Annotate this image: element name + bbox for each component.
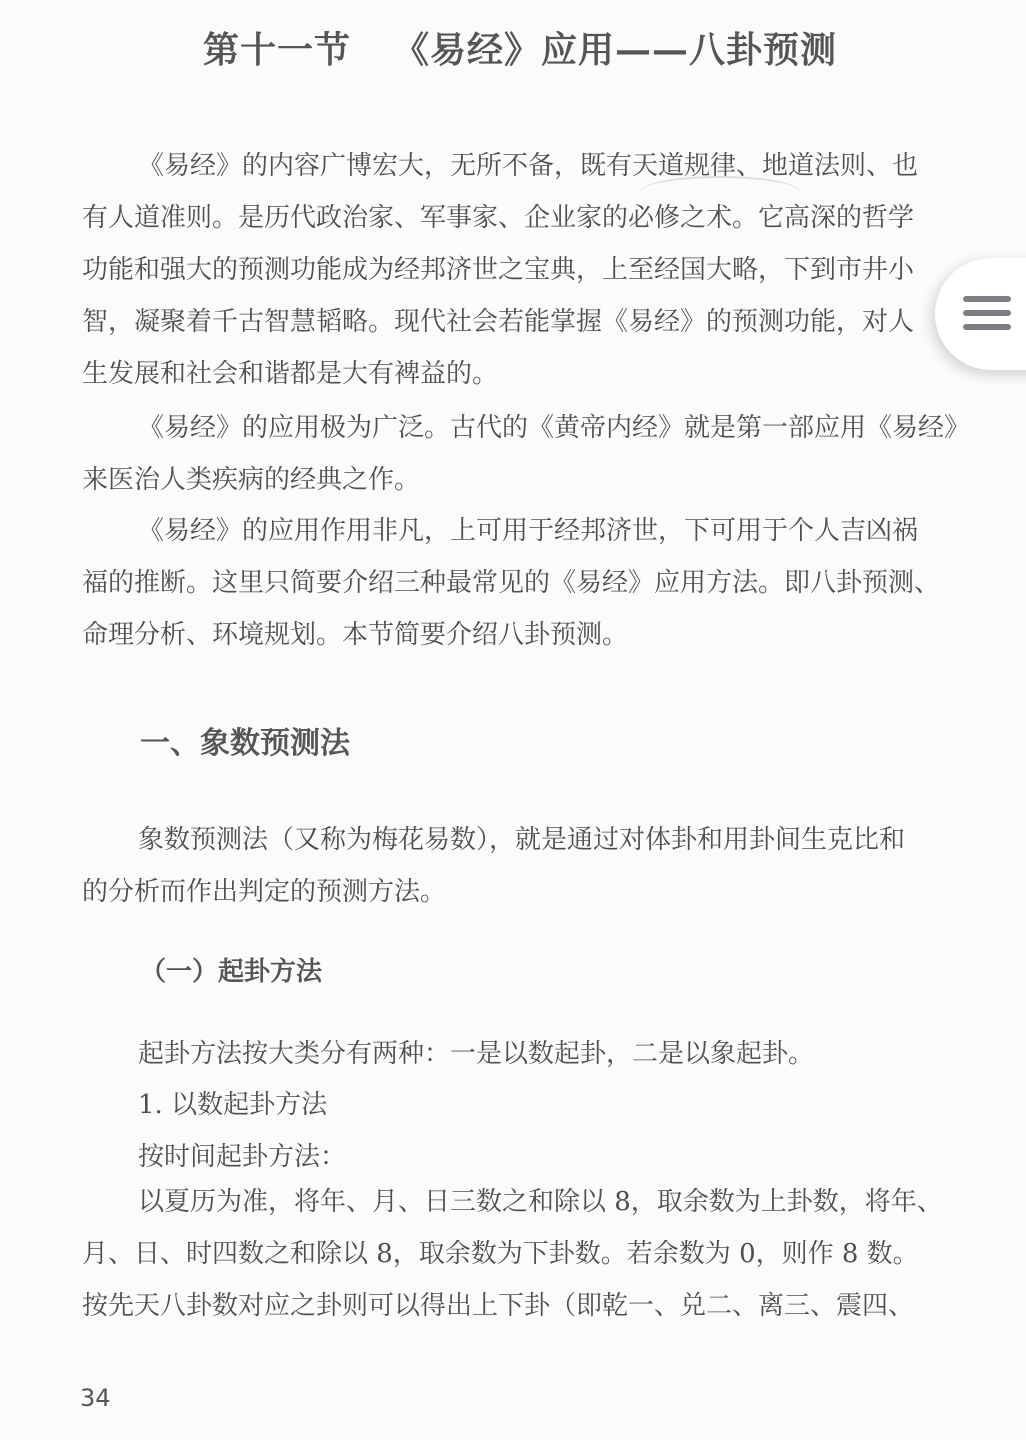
paragraph-6: 以夏历为准，将年、月、日三数之和除以 8，取余数为上卦数，将年、 月、日、时四数… xyxy=(82,1176,962,1332)
paragraph-line: 来医治人类疾病的经典之作。 xyxy=(82,454,962,506)
paragraph-line: 按先天八卦数对应之卦则可以得出上下卦（即乾一、兑二、离三、震四、 xyxy=(82,1280,962,1332)
paragraph-line: 有人道准则。是历代政治家、军事家、企业家的必修之术。它高深的哲学 xyxy=(82,192,962,244)
paragraph-line: 《易经》的应用作用非凡，上可用于经邦济世，下可用于个人吉凶祸 xyxy=(138,516,918,546)
list-item-heading: 1. 以数起卦方法 xyxy=(138,1084,327,1121)
paragraph-5: 起卦方法按大类分有两种：一是以数起卦，二是以象起卦。 xyxy=(138,1033,814,1070)
section-title: 第十一节《易经》应用——八卦预测 xyxy=(0,22,1026,73)
paragraph-line: 命理分析、环境规划。本节简要介绍八卦预测。 xyxy=(82,609,962,661)
paragraph-line: 月、日、时四数之和除以 8，取余数为下卦数。若余数为 0，则作 8 数。 xyxy=(82,1228,962,1280)
paragraph-4: 象数预测法（又称为梅花易数），就是通过对体卦和用卦间生克比和 的分析而作出判定的… xyxy=(82,814,962,918)
paragraph-line: 智，凝聚着千古智慧韬略。现代社会若能掌握《易经》的预测功能，对人 xyxy=(82,296,962,348)
paragraph-line: 象数预测法（又称为梅花易数），就是通过对体卦和用卦间生克比和 xyxy=(138,825,905,855)
section-heading: 一、象数预测法 xyxy=(140,718,350,762)
document-page: 第十一节《易经》应用——八卦预测 《易经》的内容广博宏大，无所不备，既有天道规律… xyxy=(0,0,1026,1440)
page-number: 34 xyxy=(80,1384,111,1412)
paragraph-line: 以夏历为准，将年、月、日三数之和除以 8，取余数为上卦数，将年、 xyxy=(138,1187,943,1217)
paragraph-line: 生发展和社会和谐都是大有裨益的。 xyxy=(82,348,962,400)
section-number: 第十一节 xyxy=(203,29,351,71)
menu-icon xyxy=(963,296,1011,338)
paragraph-3: 《易经》的应用作用非凡，上可用于经邦济世，下可用于个人吉凶祸 福的推断。这里只简… xyxy=(82,505,962,661)
paragraph-line: 的分析而作出判定的预测方法。 xyxy=(82,866,962,918)
list-item-subheading: 按时间起卦方法： xyxy=(138,1136,346,1173)
paragraph-1: 《易经》的内容广博宏大，无所不备，既有天道规律、地道法则、也 有人道准则。是历代… xyxy=(82,140,962,400)
paragraph-line: 福的推断。这里只简要介绍三种最常见的《易经》应用方法。即八卦预测、 xyxy=(82,557,962,609)
paragraph-line: 《易经》的内容广博宏大，无所不备，既有天道规律、地道法则、也 xyxy=(138,151,918,181)
paragraph-line: 功能和强大的预测功能成为经邦济世之宝典，上至经国大略，下到市井小 xyxy=(82,244,962,296)
paragraph-line: 《易经》的应用极为广泛。古代的《黄帝内经》就是第一部应用《易经》 xyxy=(138,413,970,443)
subsection-heading: （一）起卦方法 xyxy=(140,951,322,988)
section-title-text: 《易经》应用——八卦预测 xyxy=(393,29,837,71)
paragraph-2: 《易经》的应用极为广泛。古代的《黄帝内经》就是第一部应用《易经》 来医治人类疾病… xyxy=(82,402,962,506)
